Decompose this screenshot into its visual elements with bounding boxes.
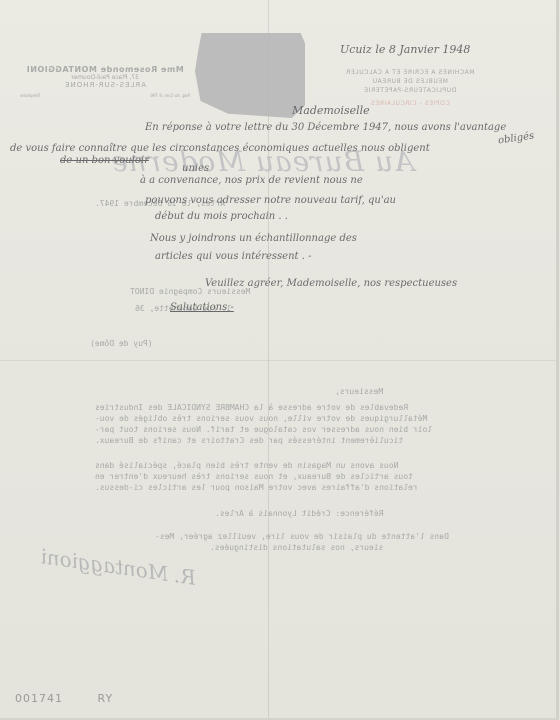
archive-number: 001741 — [15, 692, 63, 705]
handwritten-line-2: de vous faire connaître que les circonst… — [10, 143, 430, 154]
letterhead-services-2: MEUBLES DE BUREAU — [330, 77, 490, 86]
letterhead-address: 37, Place Paul-Doumer — [20, 74, 190, 81]
handwritten-line-1: En réponse à votre lettre du 30 Décembre… — [145, 122, 506, 133]
typed-closing-1: Dans l'attente du plaisir de vous lire, … — [155, 531, 449, 542]
letterhead-footer: Reg. du Com. 8 796 Telephone — [20, 93, 190, 98]
archive-marks: 001741 RY — [15, 692, 113, 705]
letterhead-right-showthrough: MACHINES A ECRIRE ET A CALCULER MEUBLES … — [330, 68, 490, 108]
typewriter-stamp-image — [195, 33, 305, 118]
letterhead-services-3: DUPLICATEURS-PAPETERIE — [330, 86, 490, 95]
handwritten-closing: Salutations - — [170, 302, 234, 313]
handwritten-line-5: début du mois prochain . . — [155, 211, 288, 222]
fold-line-horizontal — [0, 360, 556, 361]
handwritten-struck-insert: de un bon vouloir — [60, 155, 149, 166]
letter-page: Mme Rosemonde MONTAGGIONI 37, Place Paul… — [0, 0, 559, 720]
letterhead-telephone: Telephone — [20, 93, 40, 98]
handwritten-insert-unies: unies — [182, 163, 209, 174]
handwritten-date: Ucuiz le 8 Janvier 1948 — [340, 43, 470, 56]
typed-reference: Référence: Crédit Lyonnais à Arles. — [215, 508, 384, 519]
typed-para2-1: Nous avons un Magasin de vente très bien… — [95, 460, 398, 471]
handwritten-line-8: Veuillez agréer, Mademoiselle, nos respe… — [205, 278, 457, 289]
typed-closing-2: sieurs, nos salutations distinguées. — [210, 542, 383, 553]
signature-showthrough: R. Montaggioni — [39, 544, 197, 590]
typed-para1-2: Métallurgiques de votre ville, nous vous… — [95, 413, 427, 424]
handwritten-line-7: articles qui vous intéressent . - — [155, 251, 311, 262]
handwritten-line-6: Nous y joindrons un échantillonnage des — [150, 233, 357, 244]
typed-para1-1: Redevables de votre adresse à la CHAMBRE… — [95, 402, 408, 413]
typed-recipient-3: (Puy de Dôme) — [90, 338, 153, 349]
typed-para2-2: tous articles de Bureaux, et nous serion… — [95, 471, 413, 482]
handwritten-salutation: Mademoiselle — [292, 104, 370, 117]
handwritten-line-3: à a convenance, nos prix de revient nous… — [140, 175, 363, 186]
letterhead-left-showthrough: Mme Rosemonde MONTAGGIONI 37, Place Paul… — [20, 65, 190, 98]
letterhead-name: Mme Rosemonde MONTAGGIONI — [20, 65, 190, 74]
typed-para2-3: relations d'affaires avec votre Maison p… — [95, 482, 418, 493]
typed-para1-3: loir bien nous adresser vos catalogue et… — [95, 424, 432, 435]
letterhead-services-1: MACHINES A ECRIRE ET A CALCULER — [330, 68, 490, 77]
archive-code: RY — [98, 692, 114, 705]
handwritten-line-4: pouvons vous adresser notre nouveau tari… — [145, 195, 396, 206]
letterhead-register: Reg. du Com. 8 796 — [150, 93, 190, 98]
typed-para1-4: ticulièrement intéressés par des Crattoi… — [95, 435, 403, 446]
letterhead-city: ARLES-SUR-RHONE — [20, 81, 190, 89]
typed-greeting: Messieurs, — [335, 386, 383, 397]
